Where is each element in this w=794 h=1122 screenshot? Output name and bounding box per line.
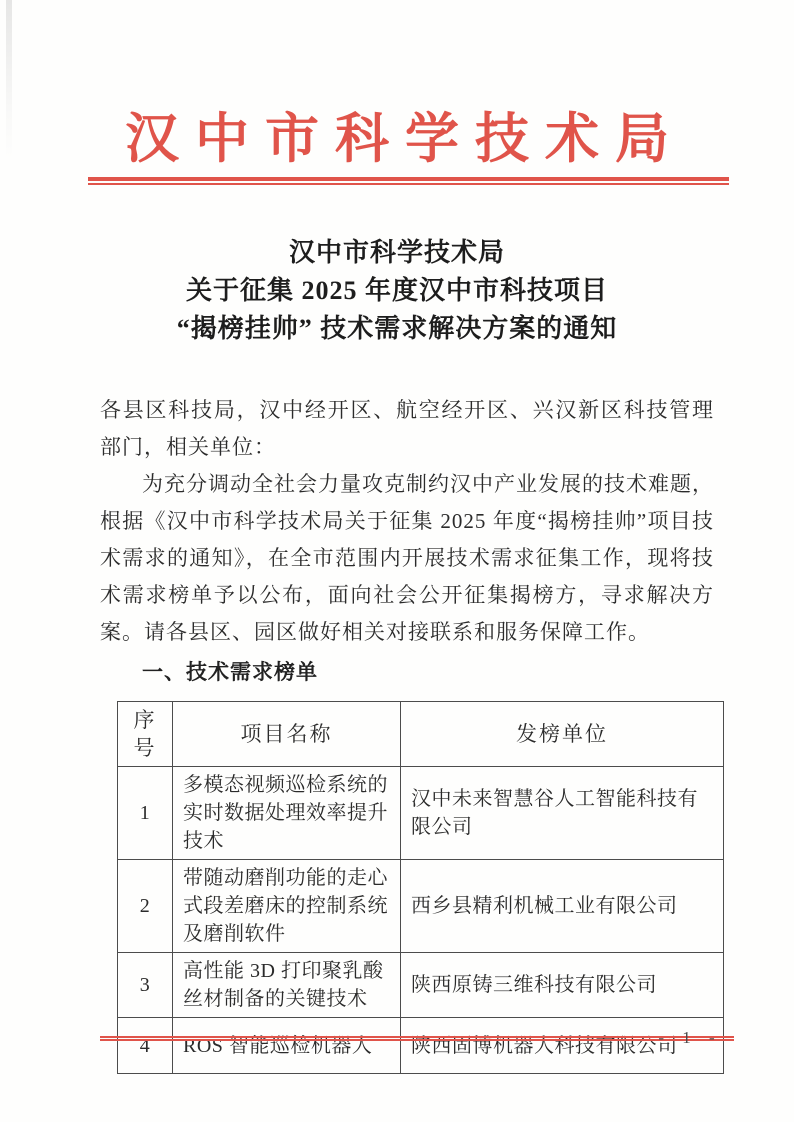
cell-serial: 3 xyxy=(118,953,173,1018)
table-header-row: 序号 项目名称 发榜单位 xyxy=(118,702,724,767)
cell-serial: 4 xyxy=(118,1018,173,1074)
table-row: 3 高性能 3D 打印聚乳酸丝材制备的关键技术 陕西原铸三维科技有限公司 xyxy=(118,953,724,1018)
document-title: 汉中市科学技术局 关于征集 2025 年度汉中市科技项目 “揭榜挂帅” 技术需求… xyxy=(0,234,794,348)
letterhead-agency-title: 汉中市科学技术局 xyxy=(0,96,794,173)
cell-serial: 2 xyxy=(118,860,173,953)
cell-serial: 1 xyxy=(118,767,173,860)
letterhead-divider-rule xyxy=(88,177,729,185)
document-body: 各县区科技局，汉中经开区、航空经开区、兴汉新区科技管理部门，相关单位： 为充分调… xyxy=(100,392,714,1074)
cell-unit: 西乡县精利机械工业有限公司 xyxy=(401,860,724,953)
table-row: 2 带随动磨削功能的走心式段差磨床的控制系统及磨削软件 西乡县精利机械工业有限公… xyxy=(118,860,724,953)
tech-demand-table: 序号 项目名称 发榜单位 1 多模态视频巡检系统的实时数据处理效率提升技术 汉中… xyxy=(117,701,724,1074)
column-header-serial: 序号 xyxy=(118,702,173,767)
column-header-unit: 发榜单位 xyxy=(401,702,724,767)
document-page: 汉中市科学技术局 汉中市科学技术局 关于征集 2025 年度汉中市科技项目 “揭… xyxy=(0,0,794,1122)
table-row: 1 多模态视频巡检系统的实时数据处理效率提升技术 汉中未来智慧谷人工智能科技有限… xyxy=(118,767,724,860)
cell-project: 带随动磨削功能的走心式段差磨床的控制系统及磨削软件 xyxy=(173,860,401,953)
column-header-project: 项目名称 xyxy=(173,702,401,767)
footer-divider-rule xyxy=(100,1036,734,1041)
cell-project: 多模态视频巡检系统的实时数据处理效率提升技术 xyxy=(173,767,401,860)
page-number: - 1 - xyxy=(648,1028,732,1048)
document-title-line-2: 关于征集 2025 年度汉中市科技项目 xyxy=(0,272,794,310)
cell-project: 高性能 3D 打印聚乳酸丝材制备的关键技术 xyxy=(173,953,401,1018)
cell-unit: 陕西原铸三维科技有限公司 xyxy=(401,953,724,1018)
cell-unit: 汉中未来智慧谷人工智能科技有限公司 xyxy=(401,767,724,860)
main-paragraph: 为充分调动全社会力量攻克制约汉中产业发展的技术难题，根据《汉中市科学技术局关于征… xyxy=(100,466,714,651)
salutation-paragraph: 各县区科技局，汉中经开区、航空经开区、兴汉新区科技管理部门，相关单位： xyxy=(100,392,714,466)
document-title-line-1: 汉中市科学技术局 xyxy=(0,234,794,272)
section-heading-demand-list: 一、技术需求榜单 xyxy=(100,654,714,691)
cell-project: ROS 智能巡检机器人 xyxy=(173,1018,401,1074)
table-row: 4 ROS 智能巡检机器人 陕西固博机器人科技有限公司 xyxy=(118,1018,724,1074)
document-title-line-3: “揭榜挂帅” 技术需求解决方案的通知 xyxy=(0,310,794,348)
